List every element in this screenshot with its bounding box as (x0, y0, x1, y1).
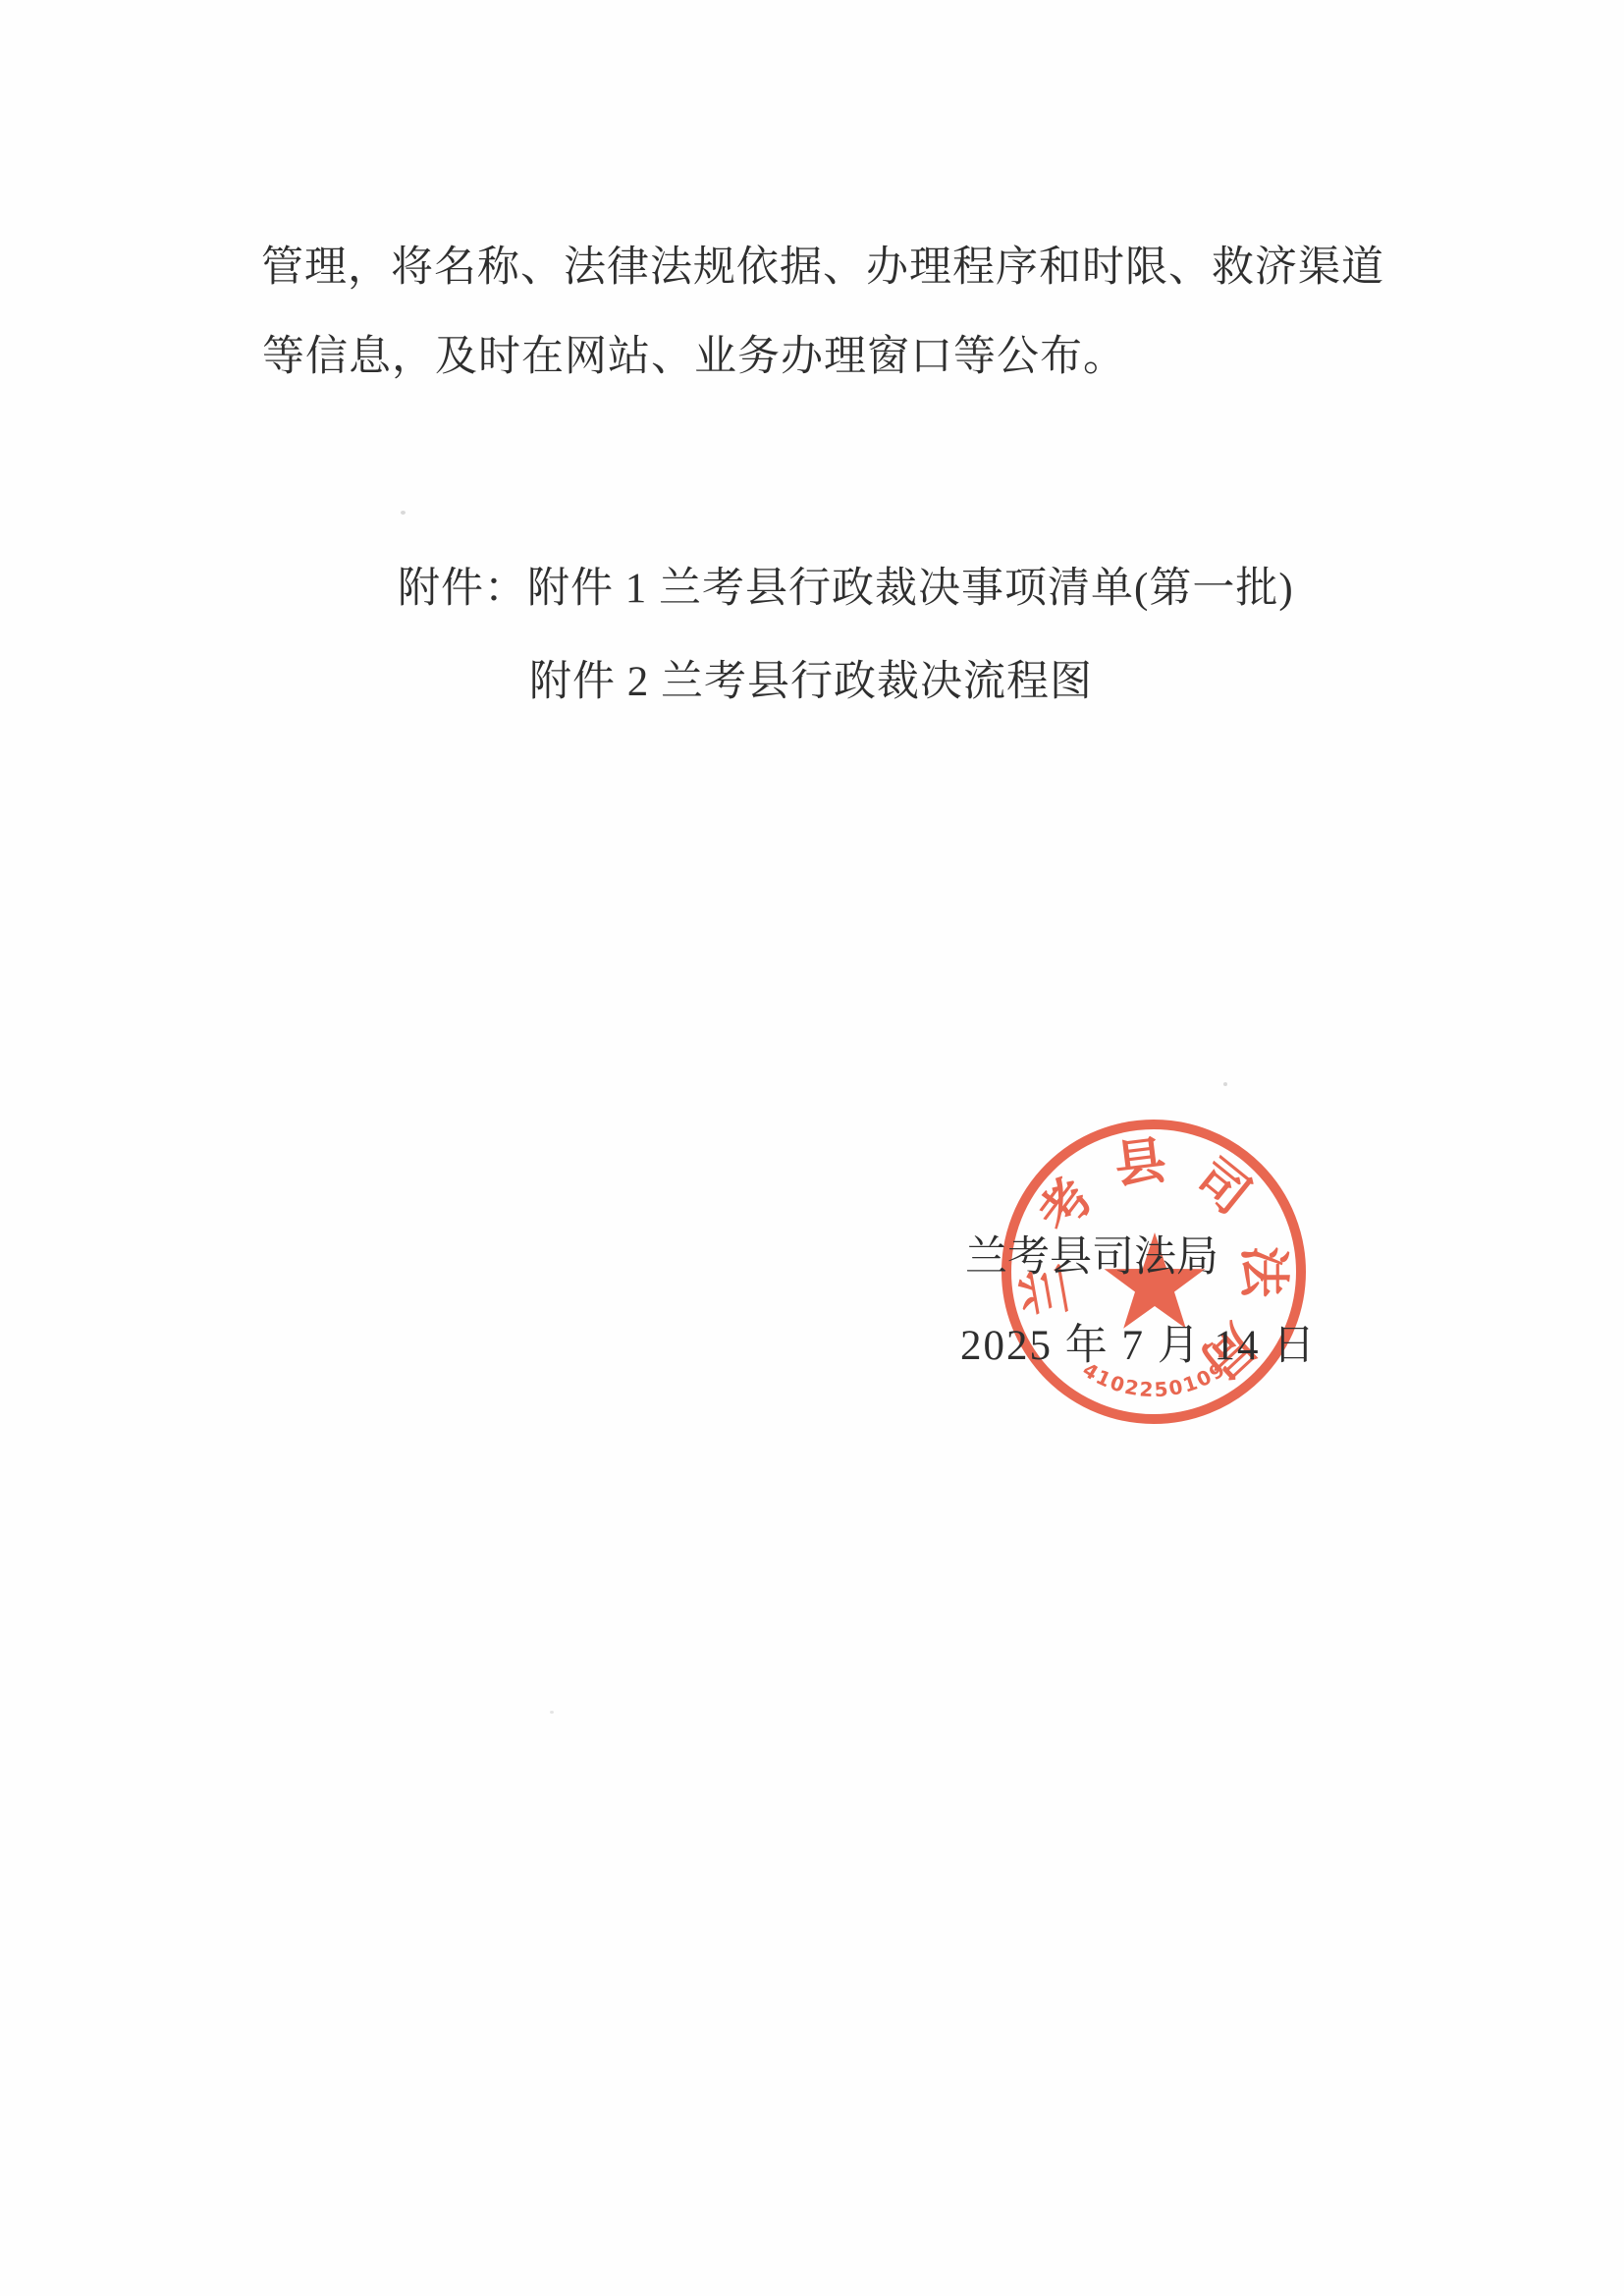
seal-char: 县 (1111, 1133, 1169, 1195)
signature-date: 2025 年 7 月 14 日 (960, 1312, 1317, 1372)
scan-speck (1223, 1082, 1227, 1086)
attachments-line: 附件 2 兰考县行政裁决流程图 (483, 600, 1093, 756)
scan-speck (550, 1711, 554, 1714)
seal-char: 法 (1234, 1246, 1291, 1298)
issuer-signature: 兰考县司法局 (965, 1224, 1218, 1284)
body-line: 等信息，及时在网站、业务办理窗口等公布。 (262, 323, 1126, 383)
document-page: 管理，将名称、法律法规依据、办理程序和时限、救济渠道 等信息，及时在网站、业务办… (0, 0, 1624, 2296)
body-line: 管理，将名称、法律法规依据、办理程序和时限、救济渠道 (261, 234, 1384, 294)
attachment-item: 附件 2 兰考县行政裁决流程图 (529, 659, 1093, 705)
scan-speck (401, 511, 406, 515)
